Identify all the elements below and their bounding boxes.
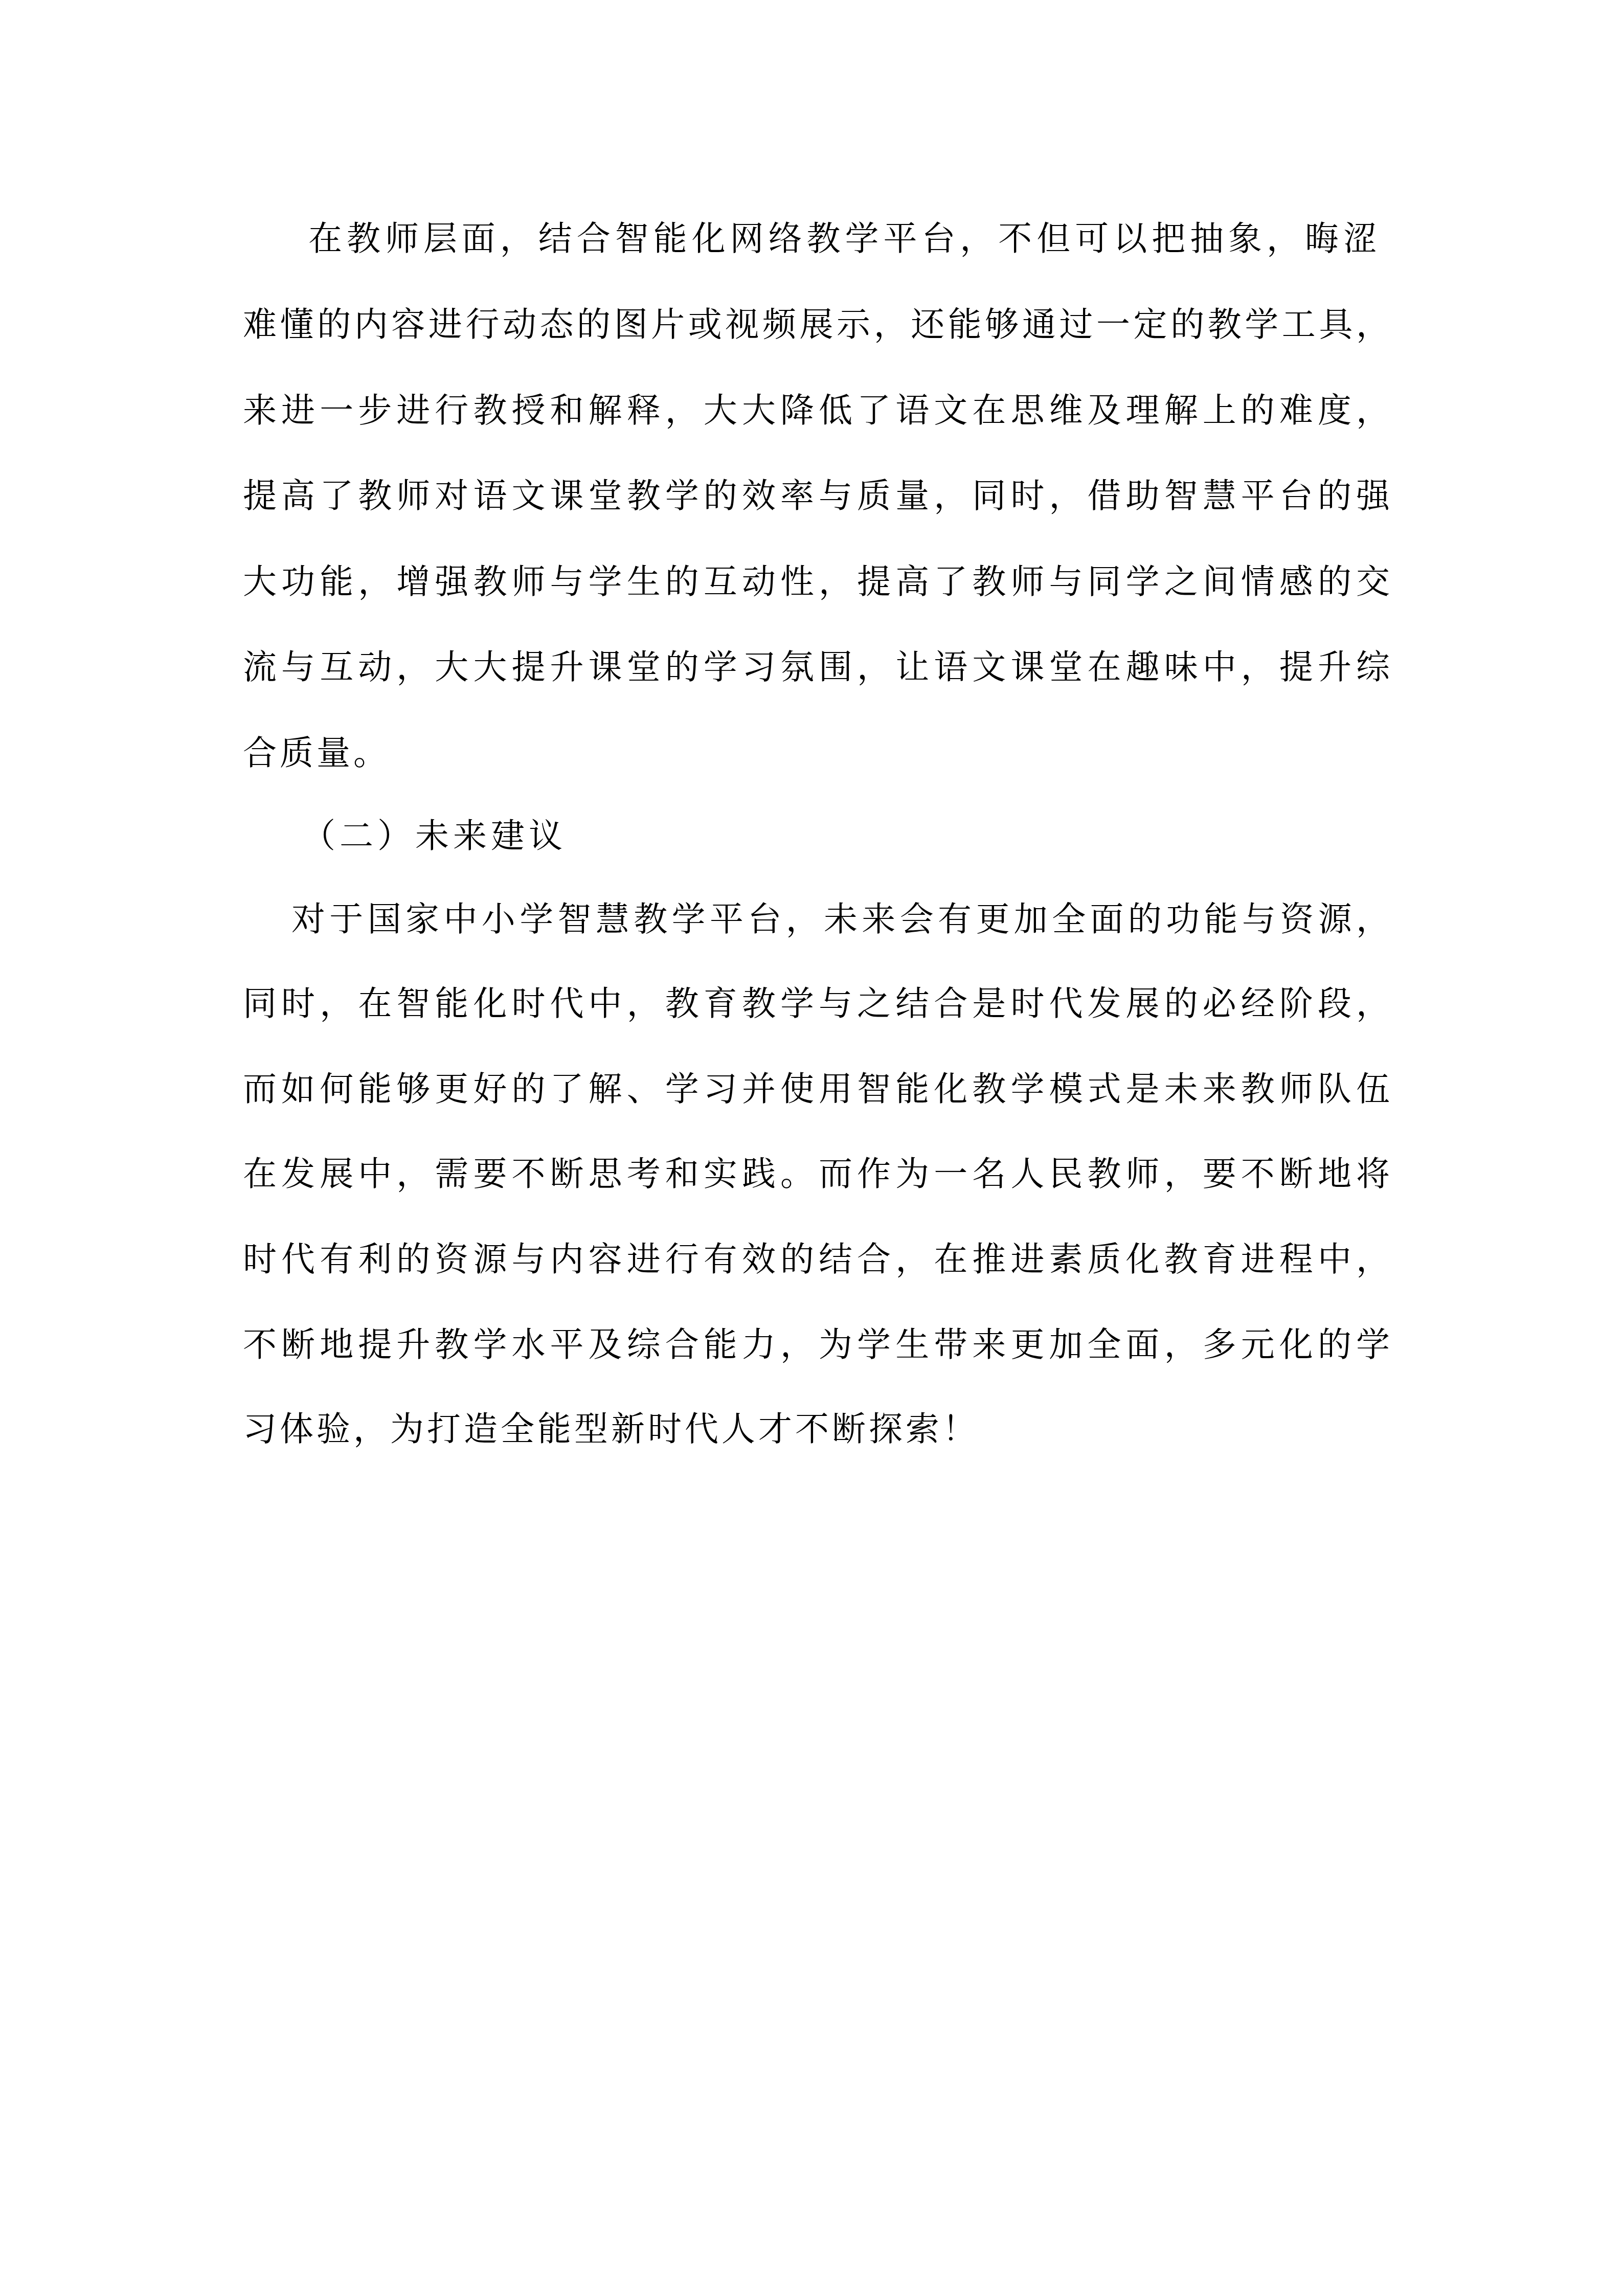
paragraph-line: 提高了教师对语文课堂教学的效率与质量，同时，借助智慧平台的强 <box>243 473 1390 519</box>
paragraph-line: 来进一步进行教授和解释，大大降低了语文在思维及理解上的难度， <box>243 388 1390 434</box>
paragraph-line: 时代有利的资源与内容进行有效的结合，在推进素质化教育进程中， <box>243 1236 1390 1282</box>
section-heading: （二）未来建议 <box>302 813 567 859</box>
paragraph-line: 同时，在智能化时代中，教育教学与之结合是时代发展的必经阶段， <box>243 981 1390 1027</box>
paragraph-line: 合质量。 <box>243 730 1390 776</box>
paragraph-line: 不断地提升教学水平及综合能力，为学生带来更加全面，多元化的学 <box>243 1322 1390 1368</box>
paragraph-line: 在教师层面，结合智能化网络教学平台，不但可以把抽象，晦涩 <box>308 216 1377 262</box>
paragraph-line: 流与互动，大大提升课堂的学习氛围，让语文课堂在趣味中，提升综 <box>243 644 1390 690</box>
paragraph-line: 大功能，增强教师与学生的互动性，提高了教师与同学之间情感的交 <box>243 559 1390 605</box>
paragraph-line: 难懂的内容进行动态的图片或视频展示，还能够通过一定的教学工具， <box>243 302 1390 348</box>
document-page: 在教师层面，结合智能化网络教学平台，不但可以把抽象，晦涩 难懂的内容进行动态的图… <box>0 0 1623 2296</box>
paragraph-line: 而如何能够更好的了解、学习并使用智能化教学模式是未来教师队伍 <box>243 1066 1390 1112</box>
paragraph-line: 对于国家中小学智慧教学平台，未来会有更加全面的功能与资源， <box>291 896 1390 942</box>
paragraph-line: 在发展中，需要不断思考和实践。而作为一名人民教师，要不断地将 <box>243 1151 1390 1197</box>
paragraph-line: 习体验，为打造全能型新时代人才不断探索！ <box>243 1406 1390 1452</box>
